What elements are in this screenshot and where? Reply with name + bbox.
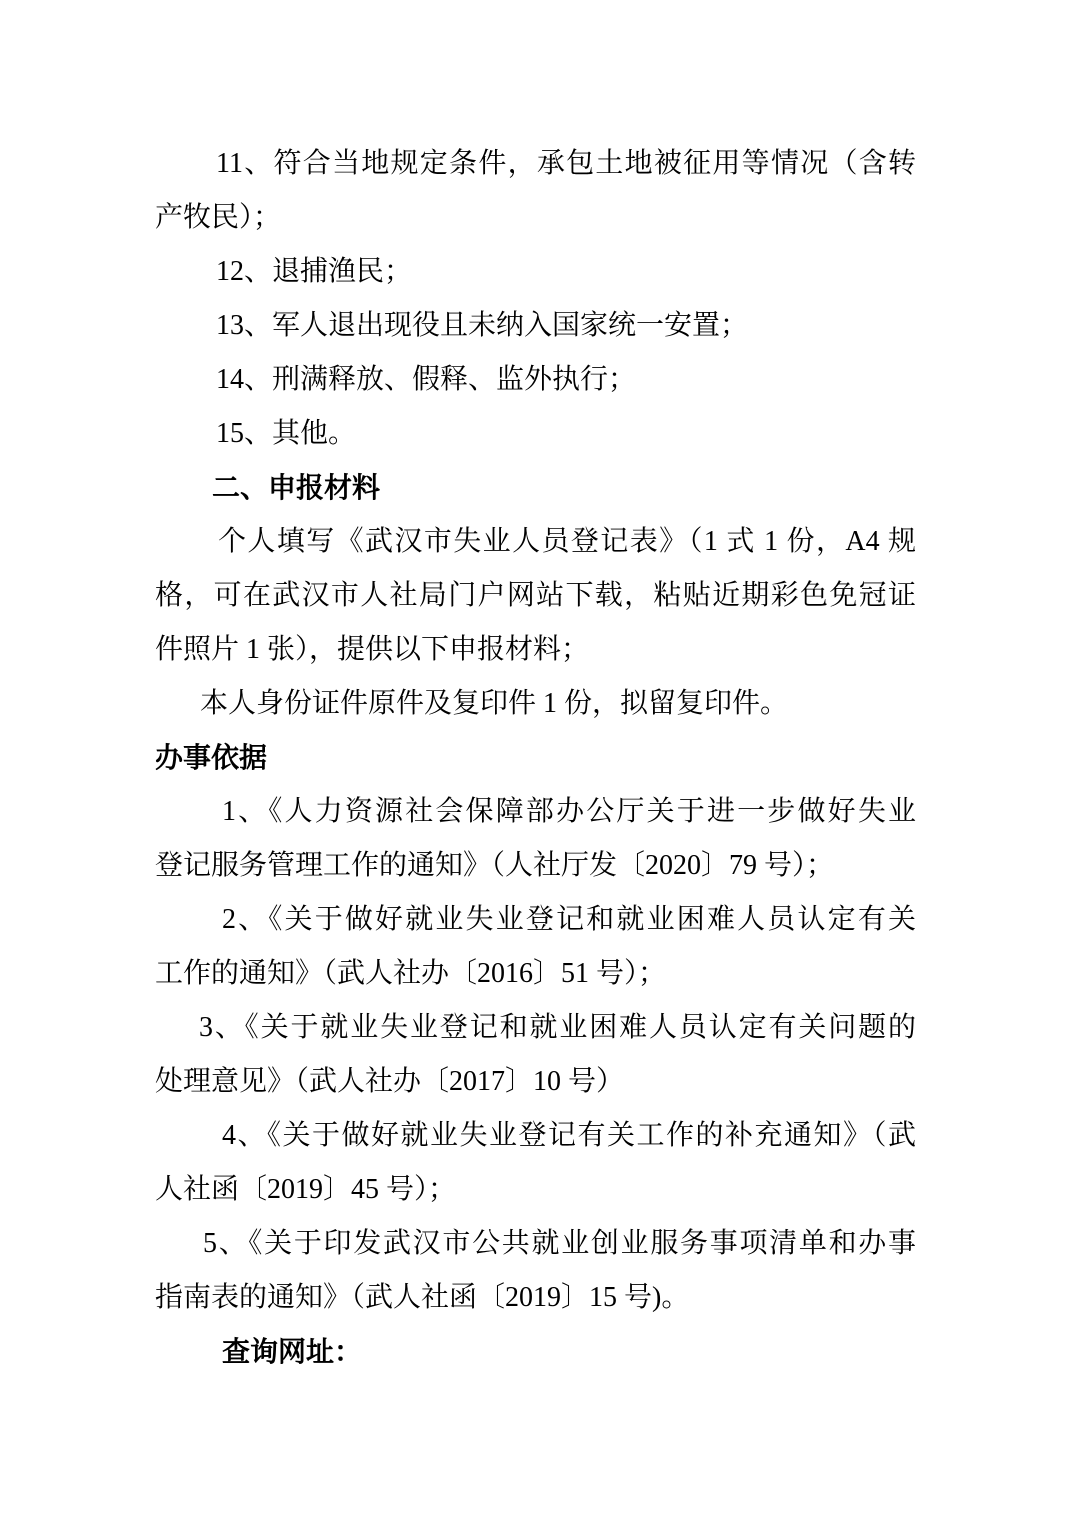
basis-item-3: 3、《关于就业失业登记和就业困难人员认定有关问题的 处理意见》（武人社办〔201… xyxy=(155,1001,916,1109)
list-item-13: 13、军人退出现役且未纳入国家统一安置； xyxy=(155,299,916,353)
section-heading-text: 办事依据 xyxy=(155,731,916,785)
text-line: 2、《关于做好就业失业登记和就业困难人员认定有关 xyxy=(155,893,916,947)
text-line: 1、《人力资源社会保障部办公厅关于进一步做好失业 xyxy=(155,785,916,839)
text-line: 工作的通知》（武人社办〔2016〕51 号）； xyxy=(155,947,916,1001)
basis-item-5: 5、《关于印发武汉市公共就业创业服务事项清单和办事 指南表的通知》（武人社函〔2… xyxy=(155,1217,916,1325)
text-line: 11、符合当地规定条件，承包土地被征用等情况（含转 xyxy=(155,137,916,191)
section-heading-query-url: 查询网址： xyxy=(155,1325,916,1379)
list-item-12: 12、退捕渔民； xyxy=(155,245,916,299)
section-heading-text: 二、申报材料 xyxy=(155,461,916,515)
list-item-14: 14、刑满释放、假释、监外执行； xyxy=(155,353,916,407)
text-line: 4、《关于做好就业失业登记有关工作的补充通知》（武 xyxy=(155,1109,916,1163)
text-line: 12、退捕渔民； xyxy=(155,245,916,299)
text-line: 登记服务管理工作的通知》（人社厅发〔2020〕79 号）； xyxy=(155,839,916,893)
list-item-15: 15、其他。 xyxy=(155,407,916,461)
text-line: 13、军人退出现役且未纳入国家统一安置； xyxy=(155,299,916,353)
text-line: 14、刑满释放、假释、监外执行； xyxy=(155,353,916,407)
text-line: 3、《关于就业失业登记和就业困难人员认定有关问题的 xyxy=(155,1001,916,1055)
text-line: 指南表的通知》（武人社函〔2019〕15 号)。 xyxy=(155,1271,916,1325)
text-line: 件照片 1 张），提供以下申报材料； xyxy=(155,623,916,677)
text-line: 人社函〔2019〕45 号）； xyxy=(155,1163,916,1217)
document-page: 11、符合当地规定条件，承包土地被征用等情况（含转 产牧民）； 12、退捕渔民；… xyxy=(0,0,1074,1520)
paragraph-id-document: 本人身份证件原件及复印件 1 份，拟留复印件。 xyxy=(155,677,916,731)
section-heading-legal-basis: 办事依据 xyxy=(155,731,916,785)
document-body: 11、符合当地规定条件，承包土地被征用等情况（含转 产牧民）； 12、退捕渔民；… xyxy=(155,137,916,1379)
paragraph-registration-form: 个人填写《武汉市失业人员登记表》（1 式 1 份，A4 规 格，可在武汉市人社局… xyxy=(155,515,916,677)
text-line: 产牧民）； xyxy=(155,191,916,245)
text-line: 个人填写《武汉市失业人员登记表》（1 式 1 份，A4 规 xyxy=(155,515,916,569)
text-line: 5、《关于印发武汉市公共就业创业服务事项清单和办事 xyxy=(155,1217,916,1271)
section-heading-text: 查询网址： xyxy=(155,1325,916,1379)
basis-item-4: 4、《关于做好就业失业登记有关工作的补充通知》（武 人社函〔2019〕45 号）… xyxy=(155,1109,916,1217)
list-item-11: 11、符合当地规定条件，承包土地被征用等情况（含转 产牧民）； xyxy=(155,137,916,245)
text-line: 格，可在武汉市人社局门户网站下载，粘贴近期彩色免冠证 xyxy=(155,569,916,623)
text-line: 本人身份证件原件及复印件 1 份，拟留复印件。 xyxy=(155,677,916,731)
basis-item-2: 2、《关于做好就业失业登记和就业困难人员认定有关 工作的通知》（武人社办〔201… xyxy=(155,893,916,1001)
text-line: 15、其他。 xyxy=(155,407,916,461)
text-line: 处理意见》（武人社办〔2017〕10 号） xyxy=(155,1055,916,1109)
section-heading-application-materials: 二、申报材料 xyxy=(155,461,916,515)
basis-item-1: 1、《人力资源社会保障部办公厅关于进一步做好失业 登记服务管理工作的通知》（人社… xyxy=(155,785,916,893)
